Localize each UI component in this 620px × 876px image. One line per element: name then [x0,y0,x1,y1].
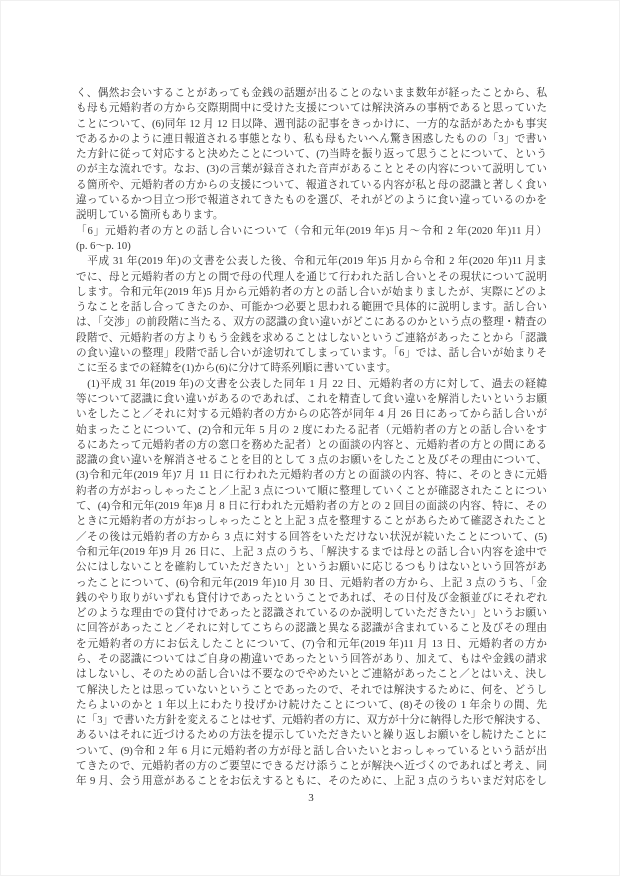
text-line: はしないし、そのための話し合いは不要なのでやめたいとご連絡があったこと／とはいえ… [76,667,547,682]
text-line: るにあたって元婚約者の方の窓口を務めた記者）との面談の内容と、元婚約者の方との間… [76,438,547,453]
text-line: 令和元年(2019 年)9 月 26 日に、上記 3 点のうち、「解決するまでは… [76,545,547,560]
text-line: た方針に従って対応すると決めたことについて、(7)当時を振り返って思うことについ… [76,147,547,162]
text-line: く、偶然お会いすることがあっても金銭の話題が出ることのないまま数年が経ったことか… [76,86,547,101]
text-line: どのような理由での貸付けであったと認識されているのか説明していただきたい」という… [76,606,547,621]
text-line: 銭のやり取りがいずれも貸付けであったということであれば、その日付及び金額並びにそ… [76,591,547,606]
document-body: く、偶然お会いすることがあっても金銭の話題が出ることのないまま数年が経ったことか… [76,86,547,790]
text-line: も母も元婚約者の方から交際期間中に受けた支援については解決済みの事柄であると思っ… [76,101,547,116]
text-line: 段階で、元婚約者の方よりもう金銭を求めることはしないというご連絡があったことから… [76,331,547,346]
text-line: うなことを話し合ってきたのか、可能かつ必要と思われる範囲で具体的に説明します。話… [76,300,547,315]
text-line: 平成 31 年(2019 年)の文書を公表した後、令和元年(2019 年)5 月… [76,254,547,269]
text-line: は、「交渉」の前段階に当たる、双方の認識の食い違いがどこにあるのかという点の整理… [76,315,547,330]
page-number: 3 [1,792,620,804]
text-line: ときに元婚約者の方がおっしゃったことと上記 3 点を整理することがあらためて確認… [76,514,547,529]
text-line: 「6」元婚約者の方との話し合いについて（令和元年(2019 年)5 月～令和 2… [76,224,547,239]
text-line: て解決したとは思っていないということであったので、それでは解決するために、何を、… [76,683,547,698]
text-line: あるいはそれに近づけるための方法を提示していただきたいと繰り返しお願いをし続けた… [76,728,547,743]
text-line: のが主な流れです。なお、(3)の言葉が録音された音声があることとその内容について… [76,162,547,177]
text-line: 等について認識に食い違いがあるのであれば、これを精査して食い違いを解消したいとい… [76,392,547,407]
text-line: の食い違いの整理」段階で話し合いが途切れてしまっています。「6」では、話し合いが… [76,346,547,361]
text-line: たらよいのかと 1 年以上にわたり投げかけ続けたことについて、(8)その後の 1… [76,698,547,713]
text-line: に「3」で書いた方針を変えることはせず、元婚約者の方に、双方が十分に納得した形で… [76,713,547,728]
text-line: いをしたこと／それに対する元婚約者の方からの応答が同年 4 月 26 日にあって… [76,407,547,422]
text-line: 年 9 月、会う用意があることをお伝えするともに、そのために、上記 3 点のうち… [76,774,547,789]
text-line: でに、母と元婚約者の方との間で母の代理人を通じて行われた話し合いとその現状につい… [76,270,547,285]
text-line: に回答があったこと／それに対してこちらの認識と異なる認識が含まれていること及びそ… [76,621,547,636]
text-line: る箇所や、元婚約者の方からの支援について、報道されている内容が私と母の認識と著し… [76,178,547,193]
text-line: を元婚約者の方にお伝えしたことについて、(7)令和元年(2019 年)11 月 … [76,637,547,652]
text-line: て、(4)令和元年(2019 年)8 月 8 日に行われた元婚約者の方との 2 … [76,499,547,514]
text-line: こに至るまでの経緯を(1)から(6)に分けて時系列順に書いています。 [76,361,547,376]
text-line: ったことについて、(6)令和元年(2019 年)10 月 30 日、元婚約者の方… [76,576,547,591]
text-line: 約者の方がおっしゃったこと／上記 3 点について順に整理していくことが確認された… [76,484,547,499]
text-line: (p. 6～p. 10) [76,239,547,254]
text-line: 公にはしないことを確約していただきたい」というお願いに応じるつもりはないという回… [76,560,547,575]
text-line: ことについて、(6)同年 12 月 12 日以降、週刊誌の記事をきっかけに、一方… [76,117,547,132]
text-line: (1)平成 31 年(2019 年)の文書を公表した同年 1 月 22 日、元婚… [76,377,547,392]
document-page: く、偶然お会いすることがあっても金銭の話題が出ることのないまま数年が経ったことか… [0,0,620,876]
text-line: します。令和元年(2019 年)5 月から元婚約者の方との話し合いが始まりました… [76,285,547,300]
text-line: てきたので、元婚約者の方のご要望にできるだけ添うことが解決へ近づくのであればと考… [76,759,547,774]
text-line: ら、その認識についてはご自身の勘違いであったという回答があり、加えて、もはや金銭… [76,652,547,667]
text-line: 認識の食い違いを解消させることを目的として 3 点のお願いをしたこと及びその理由… [76,453,547,468]
text-line: 違っているかつ目立つ形で報道されてきたものを選び、それがどのように食い違っている… [76,193,547,208]
text-line: (3)令和元年(2019 年)7 月 11 日に行われた元婚約者の方との面談の内… [76,468,547,483]
text-line: ついて、(9)令和 2 年 6 月に元婚約者の方が母と話し合いたいとおっしゃって… [76,744,547,759]
text-line: ／その後は元婚約者の方から 3 点に対する回答をいただけない状況が続いたことにつ… [76,530,547,545]
text-line: 始まったことについて、(2)令和元年 5 月の 2 度にわたる記者（元婚約者の方… [76,423,547,438]
text-line: であるかのように連日報道される事態となり、私も母もたいへん驚き困惑したものの「3… [76,132,547,147]
text-line: 説明している箇所もあります。 [76,208,547,223]
